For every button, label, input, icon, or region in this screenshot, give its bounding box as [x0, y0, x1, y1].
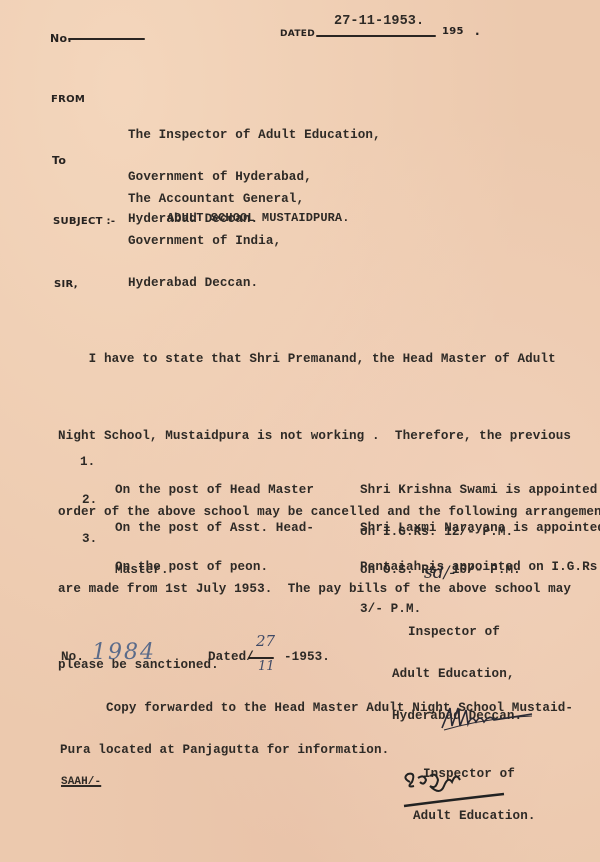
copy-no-label: No.	[61, 650, 84, 664]
dated-underline	[316, 35, 436, 37]
to-line: The Accountant General,	[128, 192, 304, 206]
copy-year: -1953.	[284, 650, 330, 664]
salutation: SIR,	[54, 279, 78, 290]
no-underline	[68, 38, 145, 40]
body-line: I have to state that Shri Premanand, the…	[58, 347, 600, 373]
post-line: On the post of peon.	[115, 560, 268, 574]
date-typed: 27-11-1953.	[334, 14, 424, 29]
appointment-2-num: 2.	[82, 493, 97, 507]
year-dot: .	[475, 24, 480, 38]
to-label: To	[52, 154, 66, 167]
year-prefix: 195	[442, 26, 464, 37]
body-line: Night School, Mustaidpura is not working…	[58, 424, 600, 450]
copy-day-handwritten: 27	[256, 632, 275, 650]
to-line: Government of India,	[128, 234, 304, 248]
subject-text: ADULT SCHOOL MUSTAIDPURA.	[167, 211, 350, 225]
appointment-3-post: On the post of peon.	[115, 532, 268, 588]
appointment-3-num: 3.	[82, 532, 97, 546]
copy-no-handwritten: 1984	[92, 640, 156, 665]
signature-scribble	[436, 700, 556, 740]
initials-scribble	[400, 766, 510, 816]
from-label: FROM	[51, 94, 85, 105]
appointment-1-num: 1.	[80, 455, 95, 469]
appointee-line: Pentaiah is appointed on I.G.Rs	[360, 560, 597, 574]
dated-label: DATED	[280, 29, 315, 39]
copy-month-handwritten: 11	[258, 659, 275, 674]
from-line: The Inspector of Adult Education,	[128, 128, 381, 142]
subject-label: SUBJECT :-	[53, 216, 115, 227]
footer-reference: SAAH/-	[61, 776, 101, 788]
to-line: Hyderabad Deccan.	[128, 276, 304, 290]
sd-mark: sd/-	[424, 563, 455, 583]
signature-line: Inspector of	[392, 625, 522, 639]
to-address: The Accountant General, Government of In…	[128, 164, 304, 304]
